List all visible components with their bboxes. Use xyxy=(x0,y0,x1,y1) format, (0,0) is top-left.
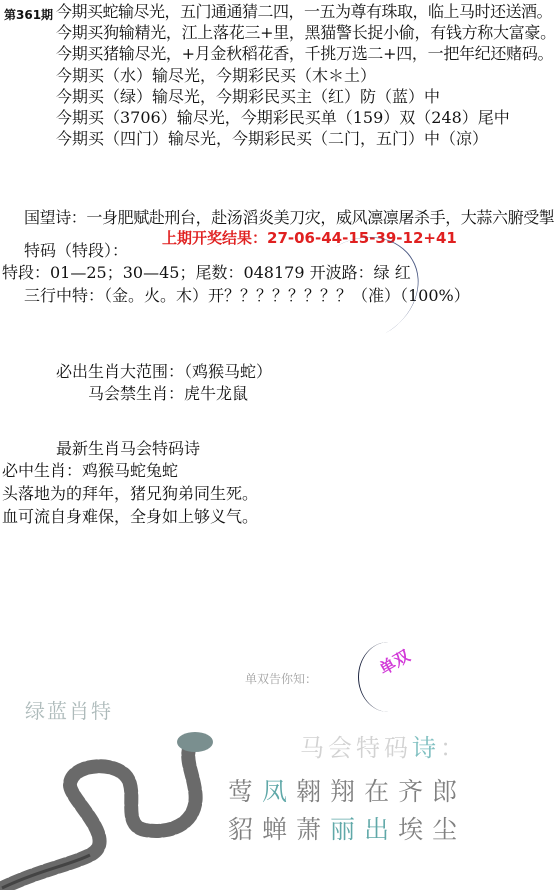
right-label-accent: 诗 xyxy=(412,734,440,762)
forbidden-zodiac: 马会禁生肖：虎牛龙鼠 xyxy=(88,381,248,404)
left-label: 绿蓝肖特 xyxy=(25,695,113,724)
verse-line-2: 貂蝉萧丽出埃尘 xyxy=(228,810,466,846)
verse-char: 在 xyxy=(364,777,398,806)
prediction-line-5: 今期买（绿）输尽光，今期彩民买主（红）防（蓝）中 xyxy=(56,87,440,107)
verse-char: 翔 xyxy=(330,777,364,806)
verse-char: 萧 xyxy=(296,815,330,844)
zuixin-title: 最新生肖马会特码诗 xyxy=(56,436,200,459)
prediction-line-3: 今期买猪输尽光，+月金秋稻花香，千挑万选二+四，一把年纪还赌码。 xyxy=(56,44,553,64)
verse-char: 埃 xyxy=(398,815,432,844)
verse-char: 尘 xyxy=(432,815,466,844)
poem-line: 国望诗：一身肥赋赴刑台，赴汤滔炎美刀灾，威风凛凛屠杀手，大蒜六腑受掣裁。 xyxy=(24,205,554,228)
prediction-line-4: 今期买（水）输尽光，今期彩民买（木＊土） xyxy=(56,66,376,86)
verse-line-1: 莺凤翱翔在齐郎 xyxy=(228,772,466,808)
prediction-line-7: 今期买（四门）输尽光，今期彩民买（二门，五门）中（凉） xyxy=(56,129,488,149)
verse-char: 郎 xyxy=(432,777,466,806)
right-label: 马会特码诗： xyxy=(300,728,468,763)
snake-illustration-icon xyxy=(0,730,230,890)
issue-number: 第361期 xyxy=(4,6,53,23)
prediction-line-2: 今期买狗输精光，江上落花三+里，黑猫警长捉小偷，有钱方称大富豪。 xyxy=(56,23,554,43)
prediction-line-1: 今期买蛇输尽光，五门通通猜二四，一五为尊有珠取，临上马时还送酒。 xyxy=(56,2,552,22)
verse-char: 齐 xyxy=(398,777,432,806)
last-draw-result: 上期开奖结果：27-06-44-15-39-12+41 xyxy=(162,227,457,248)
verse-char: 翱 xyxy=(296,777,330,806)
verse-char: 丽 xyxy=(330,815,364,844)
verse-char: 出 xyxy=(364,815,398,844)
verse-char: 蝉 xyxy=(262,815,296,844)
zuixin-poem-line-2: 血可流自身难保，全身如上够义气。 xyxy=(2,504,258,527)
verse-char: 凤 xyxy=(262,777,296,806)
bichu-zodiac: 必出生肖大范围：（鸡猴马蛇） xyxy=(56,359,272,382)
odd-even-hint: 单双告你知： xyxy=(245,670,317,687)
bizhong-zodiac: 必中生肖：鸡猴马蛇兔蛇 xyxy=(2,458,178,481)
prediction-line-6: 今期买（3706）输尽光，今期彩民买单（159）双（248）尾中 xyxy=(56,108,510,128)
zuixin-poem-line-1: 头落地为的拜年，猪兄狗弟同生死。 xyxy=(2,481,258,504)
right-label-main: 马会特码 xyxy=(300,734,412,762)
right-label-suffix: ： xyxy=(440,734,468,762)
result-label: 上期开奖结果： xyxy=(162,229,267,247)
tema-label: 特码（特段）： xyxy=(24,238,128,261)
verse-char: 貂 xyxy=(228,815,262,844)
verse-char: 莺 xyxy=(228,777,262,806)
